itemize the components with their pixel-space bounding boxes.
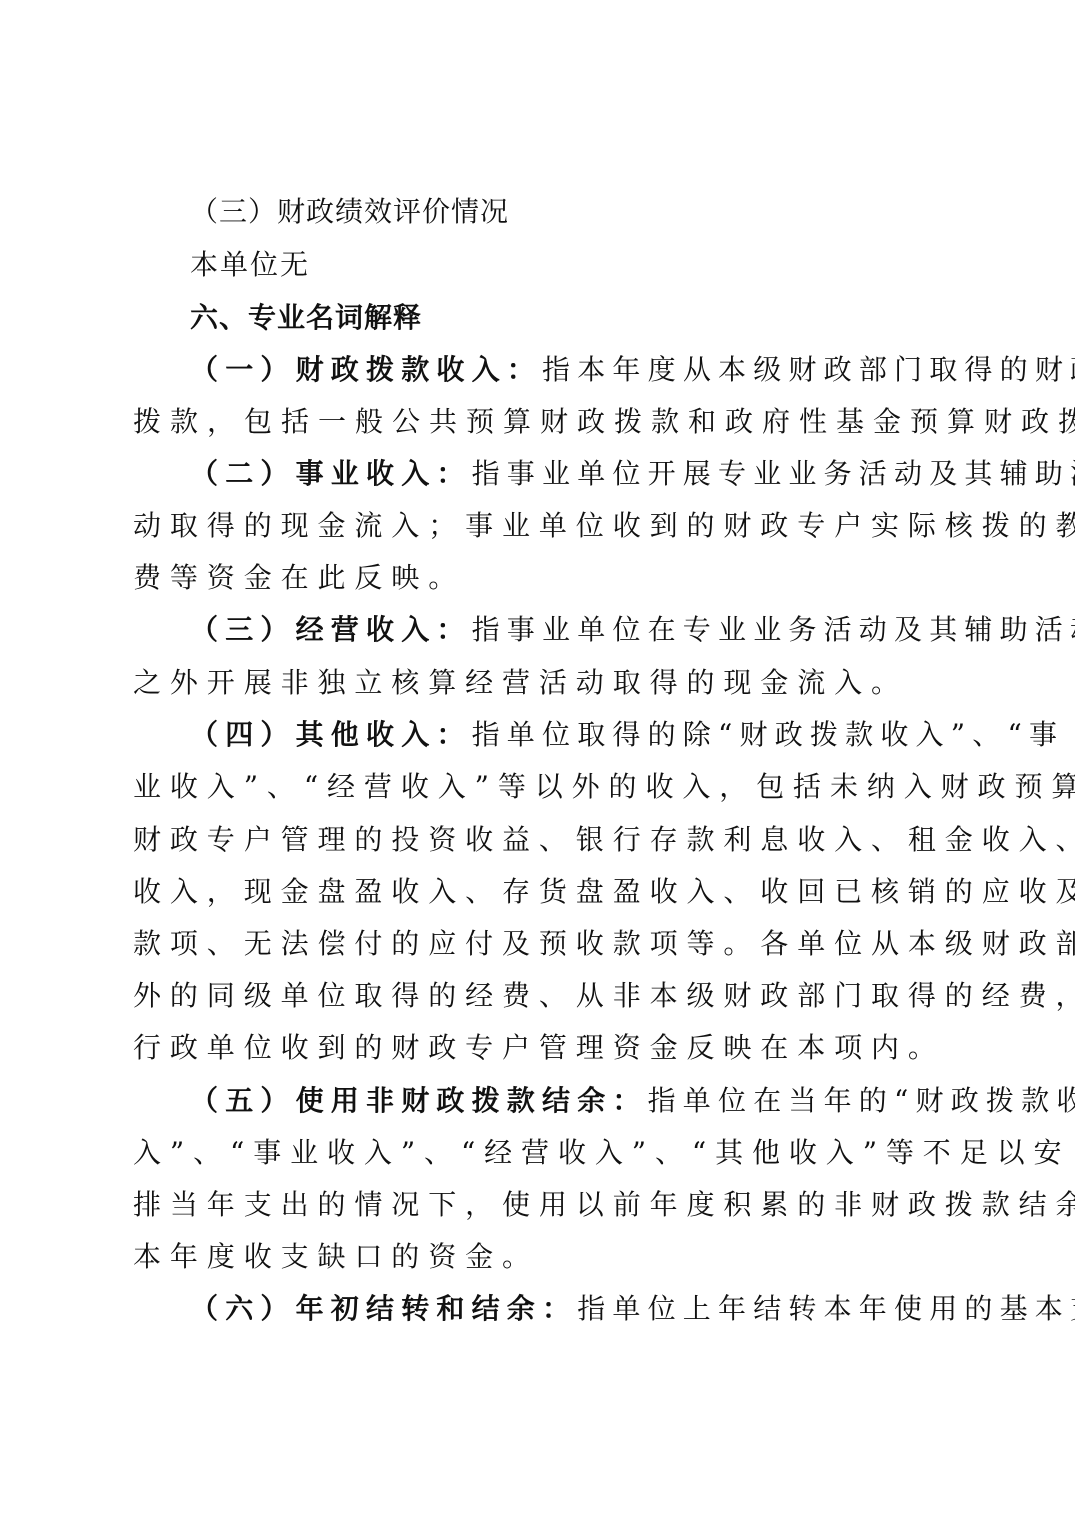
definition-term: （六）年初结转和结余： xyxy=(190,1292,577,1325)
definition-3-first-line: （三）经营收入：指事业单位在专业业务活动及其辅助活动 xyxy=(190,610,1010,650)
definition-text-line: 动取得的现金流入；事业单位收到的财政专户实际核拨的教育收 xyxy=(133,506,953,546)
document-page: （三）财政绩效评价情况 本单位无 六、专业名词解释 （一）财政拨款收入：指本年度… xyxy=(0,0,1075,1520)
definition-text-line: 收入，现金盘盈收入、存货盘盈收入、收回已核销的应收及预付 xyxy=(133,872,953,912)
definition-2-first-line: （二）事业收入：指事业单位开展专业业务活动及其辅助活 xyxy=(190,454,1010,494)
section-heading: （三）财政绩效评价情况 xyxy=(190,192,1010,232)
definition-text: 指单位取得的除“财政拨款收入”、“事 xyxy=(472,718,1065,751)
definition-text-line: 之外开展非独立核算经营活动取得的现金流入。 xyxy=(133,663,953,703)
definition-6-first-line: （六）年初结转和结余：指单位上年结转本年使用的基本支 xyxy=(190,1289,1010,1329)
definition-text-line: 行政单位收到的财政专户管理资金反映在本项内。 xyxy=(133,1028,953,1068)
definition-text-line: 拨款，包括一般公共预算财政拨款和政府性基金预算财政拨款。 xyxy=(133,402,953,442)
section-body: 本单位无 xyxy=(190,245,1010,285)
definition-text-line: 财政专户管理的投资收益、银行存款利息收入、租金收入、捐赠 xyxy=(133,820,953,860)
definition-text-line: 款项、无法偿付的应付及预收款项等。各单位从本级财政部门以 xyxy=(133,924,953,964)
definition-text-line: 业收入”、“经营收入”等以外的收入，包括未纳入财政预算或 xyxy=(133,767,953,807)
definition-4-first-line: （四）其他收入：指单位取得的除“财政拨款收入”、“事 xyxy=(190,715,1010,755)
definition-text: 指单位在当年的“财政拨款收 xyxy=(648,1084,1075,1117)
definition-text-line: 外的同级单位取得的经费、从非本级财政部门取得的经费，以及 xyxy=(133,976,953,1016)
definition-term: （二）事业收入： xyxy=(190,457,472,490)
definition-text: 指事业单位开展专业业务活动及其辅助活 xyxy=(472,457,1075,490)
definition-text: 指本年度从本级财政部门取得的财政 xyxy=(542,353,1075,386)
definition-term: （四）其他收入： xyxy=(190,718,472,751)
definition-term: （三）经营收入： xyxy=(190,613,472,646)
definition-text-line: 费等资金在此反映。 xyxy=(133,558,953,598)
definition-5-first-line: （五）使用非财政拨款结余：指单位在当年的“财政拨款收 xyxy=(190,1081,1010,1121)
chapter-heading: 六、专业名词解释 xyxy=(190,298,1010,338)
definition-term: （五）使用非财政拨款结余： xyxy=(190,1084,648,1117)
definition-text-line: 入”、“事业收入”、“经营收入”、“其他收入”等不足以安 xyxy=(133,1133,953,1173)
definition-text-line: 排当年支出的情况下，使用以前年度积累的非财政拨款结余弥补 xyxy=(133,1185,953,1225)
definition-term: （一）财政拨款收入： xyxy=(190,353,542,386)
definition-text-line: 本年度收支缺口的资金。 xyxy=(133,1237,953,1277)
definition-1-first-line: （一）财政拨款收入：指本年度从本级财政部门取得的财政 xyxy=(190,350,1010,390)
definition-text: 指单位上年结转本年使用的基本支 xyxy=(577,1292,1075,1325)
definition-text: 指事业单位在专业业务活动及其辅助活动 xyxy=(472,613,1075,646)
